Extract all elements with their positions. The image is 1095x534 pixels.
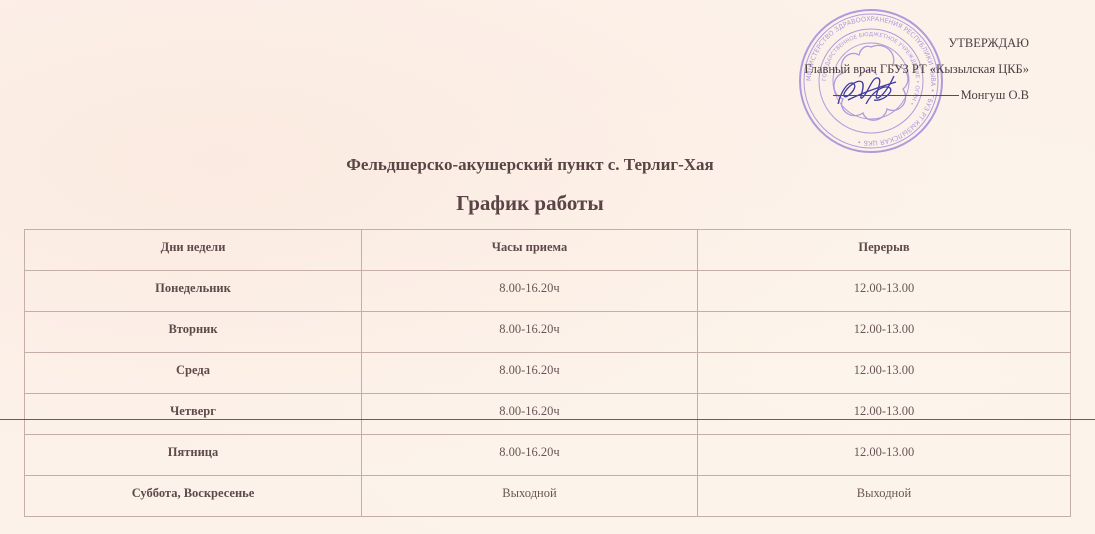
hours-cell: 8.00-16.20ч [362, 353, 698, 394]
break-cell: 12.00-13.00 [698, 353, 1071, 394]
hours-cell: Выходной [362, 476, 698, 517]
header-hours: Часы приема [362, 230, 698, 271]
day-cell: Среда [25, 353, 362, 394]
break-cell: 12.00-13.00 [698, 394, 1071, 435]
table-row: Вторник 8.00-16.20ч 12.00-13.00 [25, 312, 1071, 353]
header-break: Перерыв [698, 230, 1071, 271]
break-cell: 12.00-13.00 [698, 312, 1071, 353]
table-row: Четверг 8.00-16.20ч 12.00-13.00 [25, 394, 1071, 435]
day-cell: Вторник [25, 312, 362, 353]
approval-position: Главный врач ГБУЗ РТ «Кызылская ЦКБ» [804, 56, 1029, 82]
day-cell: Понедельник [25, 271, 362, 312]
break-cell: 12.00-13.00 [698, 435, 1071, 476]
table-row: Суббота, Воскресенье Выходной Выходной [25, 476, 1071, 517]
hours-cell: 8.00-16.20ч [362, 394, 698, 435]
day-cell: Пятница [25, 435, 362, 476]
break-cell: Выходной [698, 476, 1071, 517]
approval-heading: УТВЕРЖДАЮ [804, 30, 1029, 56]
hours-cell: 8.00-16.20ч [362, 312, 698, 353]
day-cell: Четверг [25, 394, 362, 435]
day-cell: Суббота, Воскресенье [25, 476, 362, 517]
header-days: Дни недели [25, 230, 362, 271]
facility-title: Фельдшерско-акушерский пункт с. Терлиг-Х… [0, 155, 1060, 175]
scan-artifact-line [0, 419, 1095, 420]
signature-underline [833, 95, 959, 96]
approval-signatory: Монгуш О.В [961, 88, 1029, 102]
approval-block: УТВЕРЖДАЮ Главный врач ГБУЗ РТ «Кызылска… [804, 30, 1029, 108]
table-row: Понедельник 8.00-16.20ч 12.00-13.00 [25, 271, 1071, 312]
hours-cell: 8.00-16.20ч [362, 435, 698, 476]
hours-cell: 8.00-16.20ч [362, 271, 698, 312]
table-header-row: Дни недели Часы приема Перерыв [25, 230, 1071, 271]
table-row: Пятница 8.00-16.20ч 12.00-13.00 [25, 435, 1071, 476]
break-cell: 12.00-13.00 [698, 271, 1071, 312]
table-row: Среда 8.00-16.20ч 12.00-13.00 [25, 353, 1071, 394]
approval-signature-line: Монгуш О.В [804, 82, 1029, 108]
schedule-title: График работы [0, 191, 1060, 216]
schedule-table: Дни недели Часы приема Перерыв Понедельн… [24, 229, 1071, 517]
